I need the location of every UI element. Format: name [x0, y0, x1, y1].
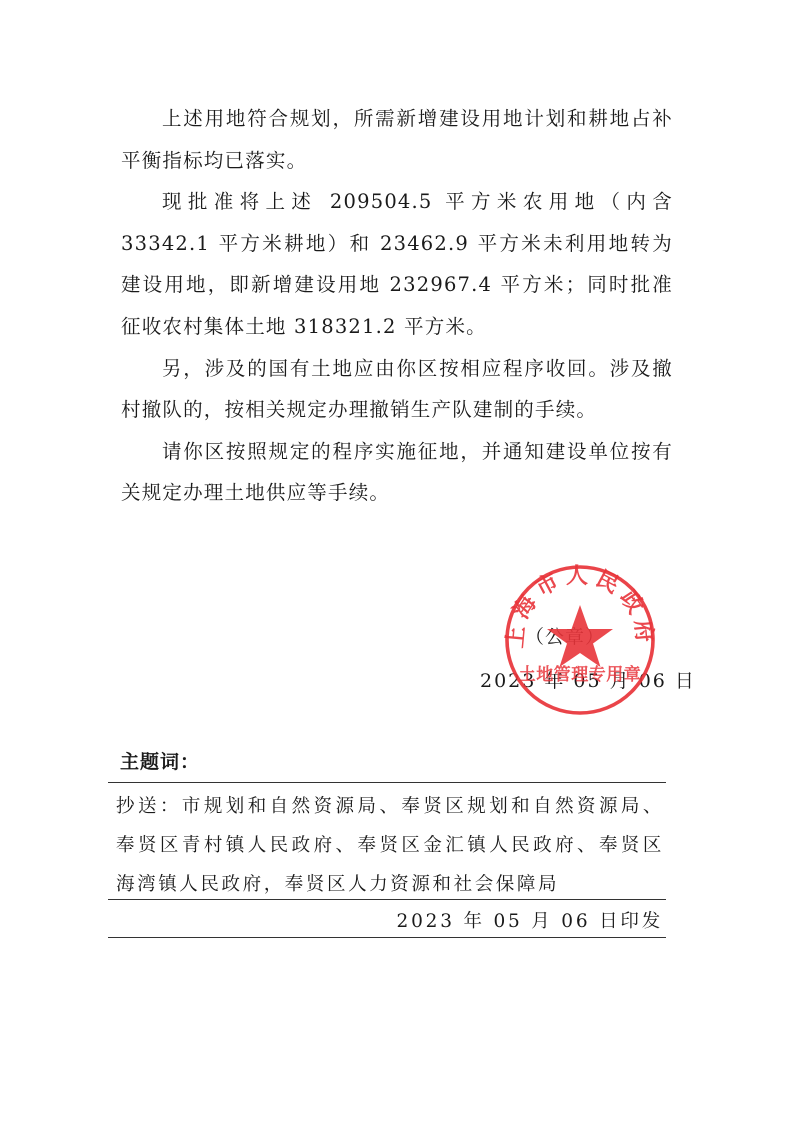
divider-top — [108, 782, 666, 783]
divider-middle — [108, 899, 666, 900]
printed-date: 2023 年 05 月 06 日印发 — [397, 907, 663, 933]
paragraph-implementation-instruction: 请你区按照规定的程序实施征地，并通知建设单位按有关规定办理土地供应等手续。 — [121, 431, 673, 514]
paragraph-planning-compliance: 上述用地符合规划，所需新增建设用地计划和耕地占补平衡指标均已落实。 — [121, 98, 673, 181]
document-body: 上述用地符合规划，所需新增建设用地计划和耕地占补平衡指标均已落实。 现批准将上述… — [121, 98, 673, 514]
seal-note: （公章） — [525, 622, 605, 649]
signature-date: 2023 年 05 月 06 日 — [480, 666, 696, 693]
keywords-label: 主题词： — [120, 747, 200, 774]
paragraph-state-land-recovery: 另，涉及的国有土地应由你区按相应程序收回。涉及撤村撤队的，按相关规定办理撤销生产… — [121, 348, 673, 431]
document-page: 上述用地符合规划，所需新增建设用地计划和耕地占补平衡指标均已落实。 现批准将上述… — [0, 0, 793, 1122]
paragraph-land-conversion-approval: 现批准将上述 209504.5 平方米农用地（内含 33342.1 平方米耕地）… — [121, 181, 673, 347]
divider-bottom — [108, 937, 666, 938]
cc-recipients: 抄送：市规划和自然资源局、奉贤区规划和自然资源局、 奉贤区青村镇人民政府、奉贤区… — [116, 787, 664, 904]
